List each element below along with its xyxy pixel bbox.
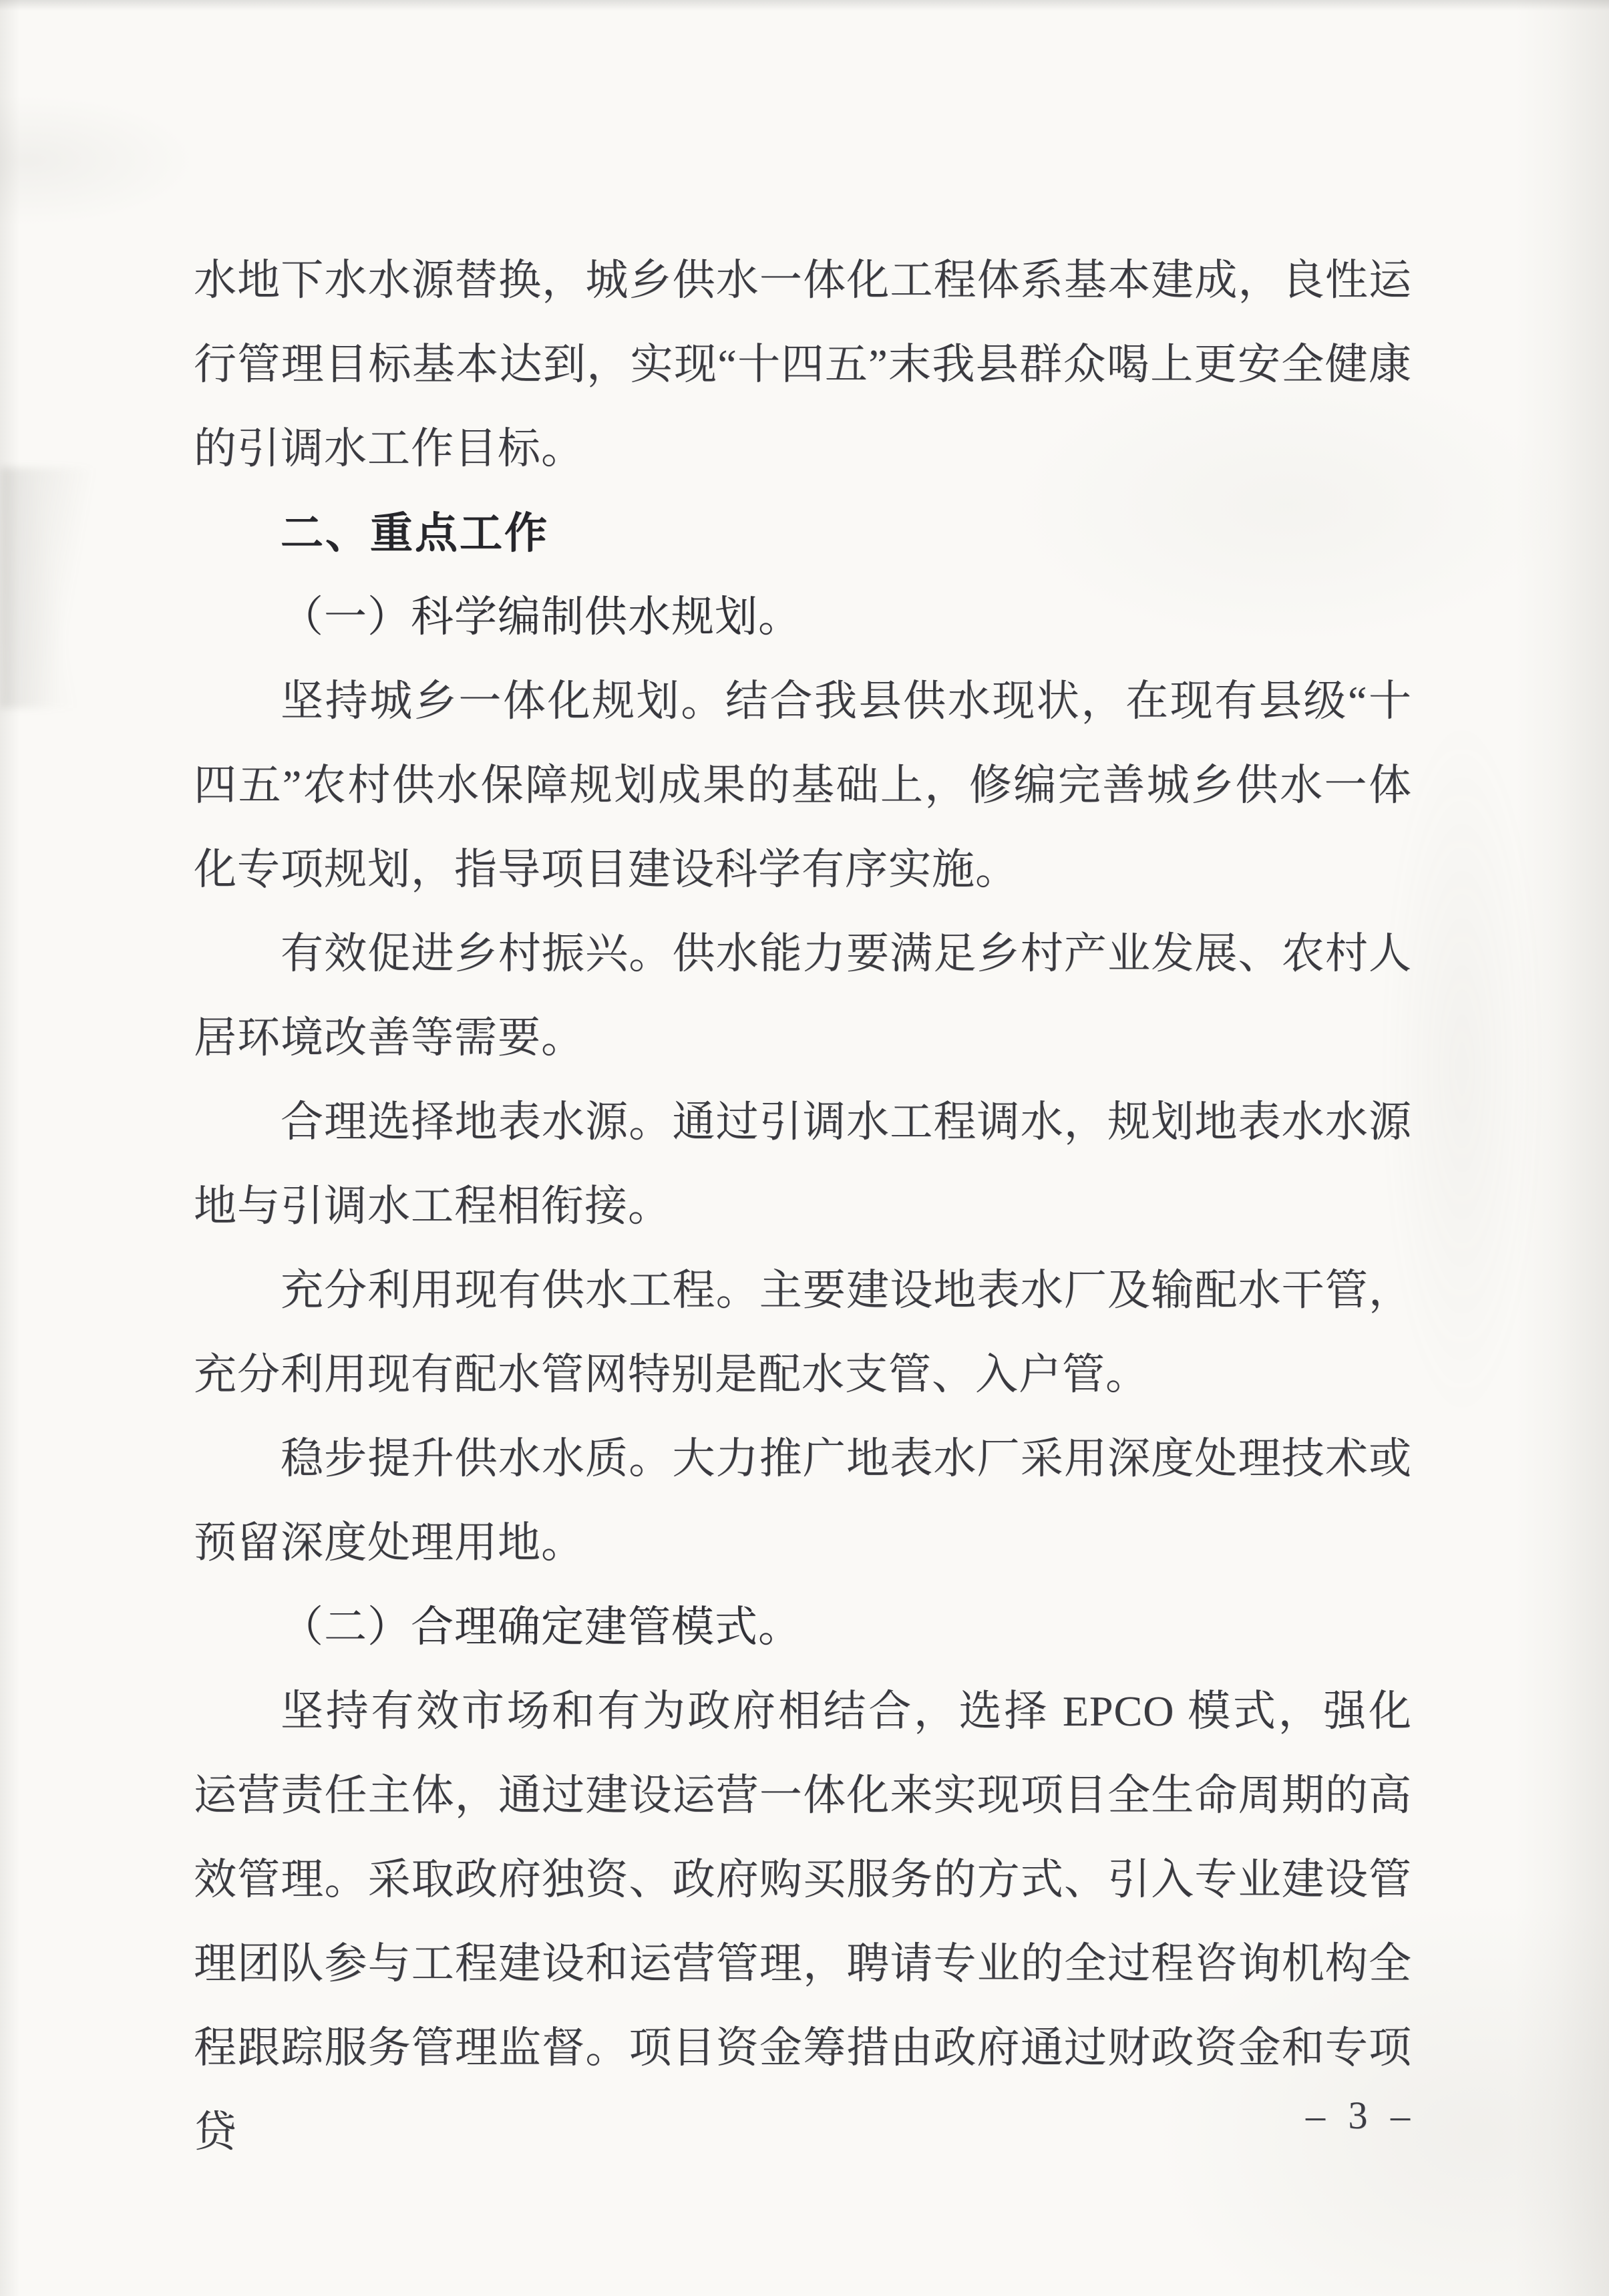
body-paragraph-water-quality: 稳步提升供水水质。大力推广地表水厂采用深度处理技术或预留深度处理用地。 [194, 1417, 1412, 1585]
scan-crease-artifact [0, 468, 134, 708]
body-paragraph-rural-revitalization: 有效促进乡村振兴。供水能力要满足乡村产业发展、农村人居环境改善等需要。 [194, 912, 1412, 1080]
section-heading: 二、重点工作 [194, 491, 1412, 575]
document-text-block: 水地下水水源替换，城乡供水一体化工程体系基本建成，良性运行管理目标基本达到，实现… [194, 238, 1412, 2174]
body-paragraph-surface-water-source: 合理选择地表水源。通过引调水工程调水，规划地表水水源地与引调水工程相衔接。 [194, 1080, 1412, 1249]
body-paragraph-existing-works: 充分利用现有供水工程。主要建设地表水厂及输配水干管，充分利用现有配水管网特别是配… [194, 1249, 1412, 1417]
body-paragraph-planning: 坚持城乡一体化规划。结合我县供水现状，在现有县级“十四五”农村供水保障规划成果的… [194, 659, 1412, 912]
continued-paragraph: 水地下水水源替换，城乡供水一体化工程体系基本建成，良性运行管理目标基本达到，实现… [194, 238, 1412, 491]
subsection-heading-2: （二）合理确定建管模式。 [194, 1585, 1412, 1669]
document-page: 水地下水水源替换，城乡供水一体化工程体系基本建成，良性运行管理目标基本达到，实现… [0, 0, 1609, 2296]
page-number: – 3 – [1306, 2092, 1417, 2139]
body-paragraph-build-manage-model: 坚持有效市场和有为政府相结合，选择 EPCO 模式，强化运营责任主体，通过建设运… [194, 1669, 1412, 2174]
subsection-heading-1: （一）科学编制供水规划。 [194, 575, 1412, 659]
